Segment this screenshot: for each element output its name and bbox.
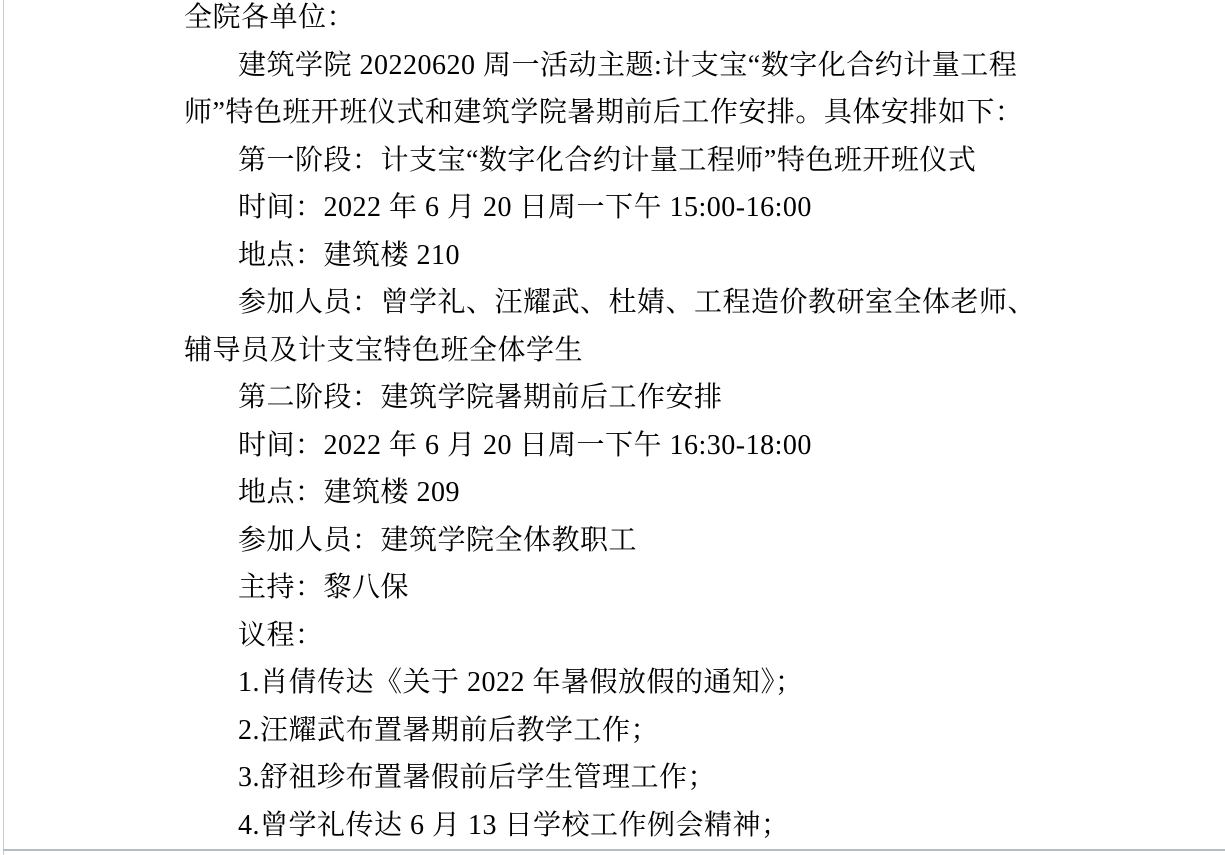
agenda-heading: 议程： [0,612,1225,660]
page-bottom-border [3,849,1225,851]
phase1-participants-2: 辅导员及计支宝特色班全体学生 [0,327,1225,375]
document-body: 全院各单位： 建筑学院 20220620 周一活动主题:计支宝“数字化合约计量工… [0,0,1225,849]
intro-line-1: 建筑学院 20220620 周一活动主题:计支宝“数字化合约计量工程 [0,42,1225,90]
phase2-time: 时间：2022 年 6 月 20 日周一下午 16:30-18:00 [0,422,1225,470]
document-page: 全院各单位： 建筑学院 20220620 周一活动主题:计支宝“数字化合约计量工… [0,0,1225,855]
phase2-participants: 参加人员：建筑学院全体教职工 [0,517,1225,565]
phase1-time: 时间：2022 年 6 月 20 日周一下午 15:00-16:00 [0,184,1225,232]
phase1-location: 地点：建筑楼 210 [0,232,1225,280]
agenda-item-3: 3.舒祖珍布置暑假前后学生管理工作； [0,754,1225,802]
intro-line-2: 师”特色班开班仪式和建筑学院暑期前后工作安排。具体安排如下： [0,89,1225,137]
phase2-heading: 第二阶段：建筑学院暑期前后工作安排 [0,374,1225,422]
phase1-heading: 第一阶段：计支宝“数字化合约计量工程师”特色班开班仪式 [0,137,1225,185]
phase2-location: 地点：建筑楼 209 [0,469,1225,517]
host: 主持：黎八保 [0,564,1225,612]
agenda-item-1: 1.肖倩传达《关于 2022 年暑假放假的通知》； [0,659,1225,707]
salutation: 全院各单位： [0,0,1225,42]
phase1-participants-1: 参加人员：曾学礼、汪耀武、杜婧、工程造价教研室全体老师、 [0,279,1225,327]
agenda-item-2: 2.汪耀武布置暑期前后教学工作； [0,707,1225,755]
agenda-item-4: 4.曾学礼传达 6 月 13 日学校工作例会精神； [0,802,1225,850]
